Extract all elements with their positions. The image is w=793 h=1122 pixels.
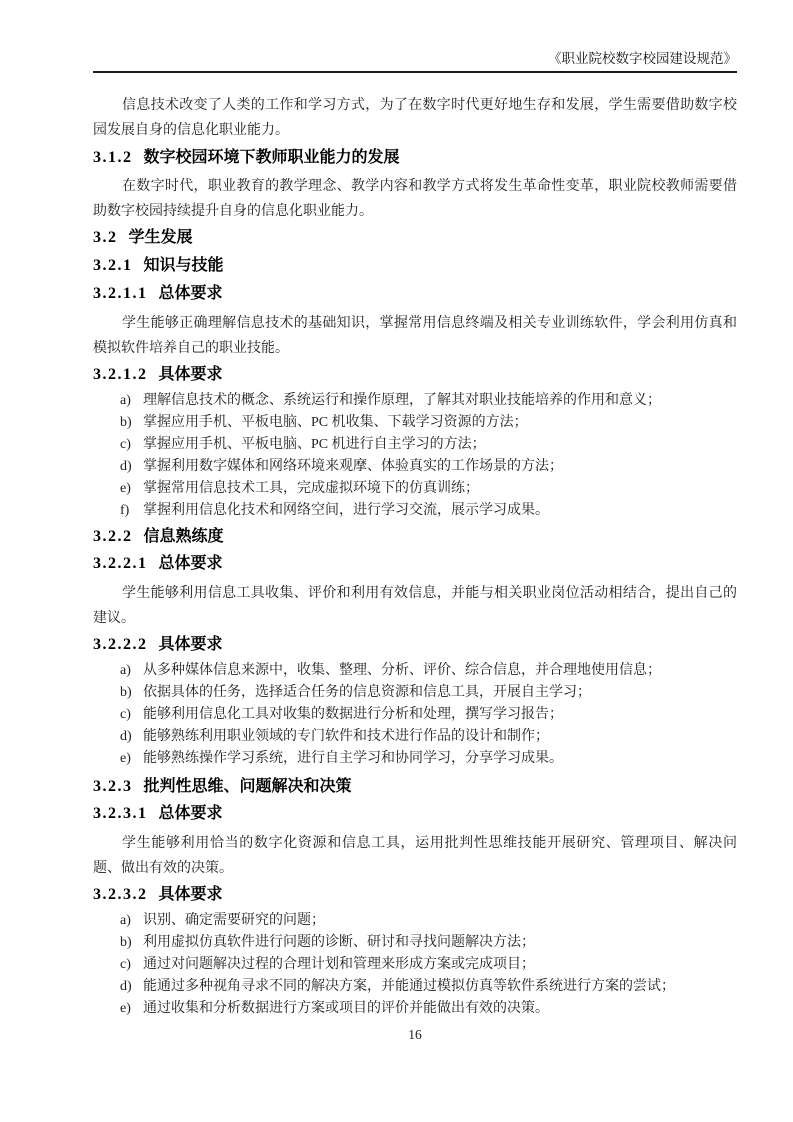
list-item-marker: a) — [120, 660, 143, 682]
heading-title: 批判性思维、问题解决和决策 — [144, 778, 352, 795]
paragraph-3-2-2-1: 学生能够利用信息工具收集、评价和利用有效信息，并能与相关职业岗位活动相结合，提出… — [93, 581, 737, 631]
page-footer: 16 — [93, 1027, 737, 1043]
list-item: c)通过对问题解决过程的合理计划和管理来形成方案或完成项目； — [93, 954, 737, 976]
list-item: d)能够熟练利用职业领域的专门软件和技术进行作品的设计和制作； — [93, 726, 737, 748]
list-item-text: 掌握常用信息技术工具，完成虚拟环境下的仿真训练； — [143, 478, 737, 500]
list-item-marker: a) — [120, 910, 143, 932]
list-item-marker: e) — [120, 748, 143, 770]
list-item-text: 能够熟练利用职业领域的专门软件和技术进行作品的设计和制作； — [143, 726, 737, 748]
list-item-marker: b) — [120, 682, 143, 704]
list-item: a)识别、确定需要研究的问题； — [93, 910, 737, 932]
heading-3-2: 3.2学生发展 — [93, 227, 737, 249]
list-item-text: 掌握利用信息化技术和网络空间，进行学习交流，展示学习成果。 — [143, 500, 737, 522]
list-item-marker: c) — [120, 434, 143, 456]
heading-title: 具体要求 — [159, 886, 223, 903]
list-item: d)掌握利用数字媒体和网络环境来观摩、体验真实的工作场景的方法； — [93, 456, 737, 478]
heading-number: 3.2.2.2 — [93, 636, 148, 653]
list-item-marker: d) — [120, 456, 143, 478]
heading-number: 3.2.2 — [93, 528, 133, 545]
heading-number: 3.1.2 — [93, 149, 133, 166]
list-item: c)掌握应用手机、平板电脑、PC 机进行自主学习的方法； — [93, 434, 737, 456]
list-item: f)掌握利用信息化技术和网络空间，进行学习交流，展示学习成果。 — [93, 500, 737, 522]
list-item: a)理解信息技术的概念、系统运行和操作原理，了解其对职业技能培养的作用和意义； — [93, 390, 737, 412]
list-item: a)从多种媒体信息来源中，收集、整理、分析、评价、综合信息，并合理地使用信息； — [93, 660, 737, 682]
list-item-marker: c) — [120, 954, 143, 976]
list-item-marker: c) — [120, 704, 143, 726]
heading-title: 总体要求 — [159, 805, 223, 822]
heading-3-2-3-1: 3.2.3.1总体要求 — [93, 803, 737, 825]
heading-number: 3.2.3.2 — [93, 886, 148, 903]
list-item-text: 通过对问题解决过程的合理计划和管理来形成方案或完成项目； — [143, 954, 737, 976]
list-information-proficiency: a)从多种媒体信息来源中，收集、整理、分析、评价、综合信息，并合理地使用信息；b… — [93, 660, 737, 770]
list-item-text: 掌握应用手机、平板电脑、PC 机收集、下载学习资源的方法； — [143, 412, 737, 434]
page-number: 16 — [408, 1027, 422, 1042]
list-item: d)能通过多种视角寻求不同的解决方案，并能通过模拟仿真等软件系统进行方案的尝试； — [93, 976, 737, 998]
heading-3-2-2-1: 3.2.2.1总体要求 — [93, 553, 737, 575]
list-item-marker: b) — [120, 932, 143, 954]
list-item-text: 通过收集和分析数据进行方案或项目的评价并能做出有效的决策。 — [143, 998, 737, 1020]
list-item-text: 理解信息技术的概念、系统运行和操作原理，了解其对职业技能培养的作用和意义； — [143, 390, 737, 412]
list-item-text: 能通过多种视角寻求不同的解决方案，并能通过模拟仿真等软件系统进行方案的尝试； — [143, 976, 737, 998]
heading-title: 学生发展 — [129, 229, 193, 246]
heading-3-1-2: 3.1.2数字校园环境下教师职业能力的发展 — [93, 147, 737, 169]
heading-title: 总体要求 — [159, 555, 223, 572]
list-item: c)能够利用信息化工具对收集的数据进行分析和处理，撰写学习报告； — [93, 704, 737, 726]
list-item-text: 利用虚拟仿真软件进行问题的诊断、研讨和寻找问题解决方法； — [143, 932, 737, 954]
paragraph-teacher: 在数字时代，职业教育的教学理念、教学内容和教学方式将发生革命性变革，职业院校教师… — [93, 174, 737, 224]
list-item-marker: a) — [120, 390, 143, 412]
heading-title: 总体要求 — [159, 285, 223, 302]
heading-3-2-1-1: 3.2.1.1总体要求 — [93, 283, 737, 305]
heading-3-2-3-2: 3.2.3.2具体要求 — [93, 884, 737, 906]
list-item: e)掌握常用信息技术工具，完成虚拟环境下的仿真训练； — [93, 478, 737, 500]
paragraph-3-2-3-1: 学生能够利用恰当的数字化资源和信息工具，运用批判性思维技能开展研究、管理项目、解… — [93, 831, 737, 881]
heading-title: 具体要求 — [159, 636, 223, 653]
list-critical-thinking: a)识别、确定需要研究的问题；b)利用虚拟仿真软件进行问题的诊断、研讨和寻找问题… — [93, 910, 737, 1020]
heading-number: 3.2.2.1 — [93, 555, 148, 572]
heading-3-2-2-2: 3.2.2.2具体要求 — [93, 634, 737, 656]
list-item: e)通过收集和分析数据进行方案或项目的评价并能做出有效的决策。 — [93, 998, 737, 1020]
paragraph-3-2-1-1: 学生能够正确理解信息技术的基础知识，掌握常用信息终端及相关专业训练软件，学会利用… — [93, 311, 737, 361]
list-item-marker: d) — [120, 976, 143, 998]
list-item-marker: e) — [120, 478, 143, 500]
heading-number: 3.2.3 — [93, 778, 133, 795]
heading-title: 信息熟练度 — [144, 528, 224, 545]
page-header: 《职业院校数字校园建设规范》 — [93, 50, 737, 73]
heading-number: 3.2.3.1 — [93, 805, 148, 822]
list-item-text: 掌握应用手机、平板电脑、PC 机进行自主学习的方法； — [143, 434, 737, 456]
page-body: 信息技术改变了人类的工作和学习方式，为了在数字时代更好地生存和发展，学生需要借助… — [93, 73, 737, 1020]
list-item: b)利用虚拟仿真软件进行问题的诊断、研讨和寻找问题解决方法； — [93, 932, 737, 954]
list-item-text: 依据具体的任务，选择适合任务的信息资源和信息工具，开展自主学习； — [143, 682, 737, 704]
list-item: b)依据具体的任务，选择适合任务的信息资源和信息工具，开展自主学习； — [93, 682, 737, 704]
heading-title: 具体要求 — [159, 366, 223, 383]
list-knowledge-skills: a)理解信息技术的概念、系统运行和操作原理，了解其对职业技能培养的作用和意义；b… — [93, 390, 737, 522]
list-item-text: 识别、确定需要研究的问题； — [143, 910, 737, 932]
list-item: b)掌握应用手机、平板电脑、PC 机收集、下载学习资源的方法； — [93, 412, 737, 434]
list-item-marker: f) — [120, 500, 143, 522]
paragraph-student-intro: 信息技术改变了人类的工作和学习方式，为了在数字时代更好地生存和发展，学生需要借助… — [93, 93, 737, 143]
list-item-text: 掌握利用数字媒体和网络环境来观摩、体验真实的工作场景的方法； — [143, 456, 737, 478]
document-page: 《职业院校数字校园建设规范》 信息技术改变了人类的工作和学习方式，为了在数字时代… — [0, 0, 793, 1122]
heading-3-2-3: 3.2.3批判性思维、问题解决和决策 — [93, 776, 737, 798]
list-item-text: 能够利用信息化工具对收集的数据进行分析和处理，撰写学习报告； — [143, 704, 737, 726]
heading-3-2-2: 3.2.2信息熟练度 — [93, 526, 737, 548]
heading-title: 数字校园环境下教师职业能力的发展 — [144, 149, 400, 166]
list-item-marker: b) — [120, 412, 143, 434]
page-header-title: 《职业院校数字校园建设规范》 — [548, 51, 737, 66]
heading-number: 3.2 — [93, 229, 118, 246]
heading-title: 知识与技能 — [144, 257, 224, 274]
heading-number: 3.2.1.1 — [93, 285, 148, 302]
heading-number: 3.2.1 — [93, 257, 133, 274]
list-item: e)能够熟练操作学习系统，进行自主学习和协同学习，分享学习成果。 — [93, 748, 737, 770]
list-item-text: 能够熟练操作学习系统，进行自主学习和协同学习，分享学习成果。 — [143, 748, 737, 770]
heading-3-2-1: 3.2.1知识与技能 — [93, 255, 737, 277]
heading-3-2-1-2: 3.2.1.2具体要求 — [93, 364, 737, 386]
list-item-text: 从多种媒体信息来源中，收集、整理、分析、评价、综合信息，并合理地使用信息； — [143, 660, 737, 682]
list-item-marker: e) — [120, 998, 143, 1020]
list-item-marker: d) — [120, 726, 143, 748]
heading-number: 3.2.1.2 — [93, 366, 148, 383]
